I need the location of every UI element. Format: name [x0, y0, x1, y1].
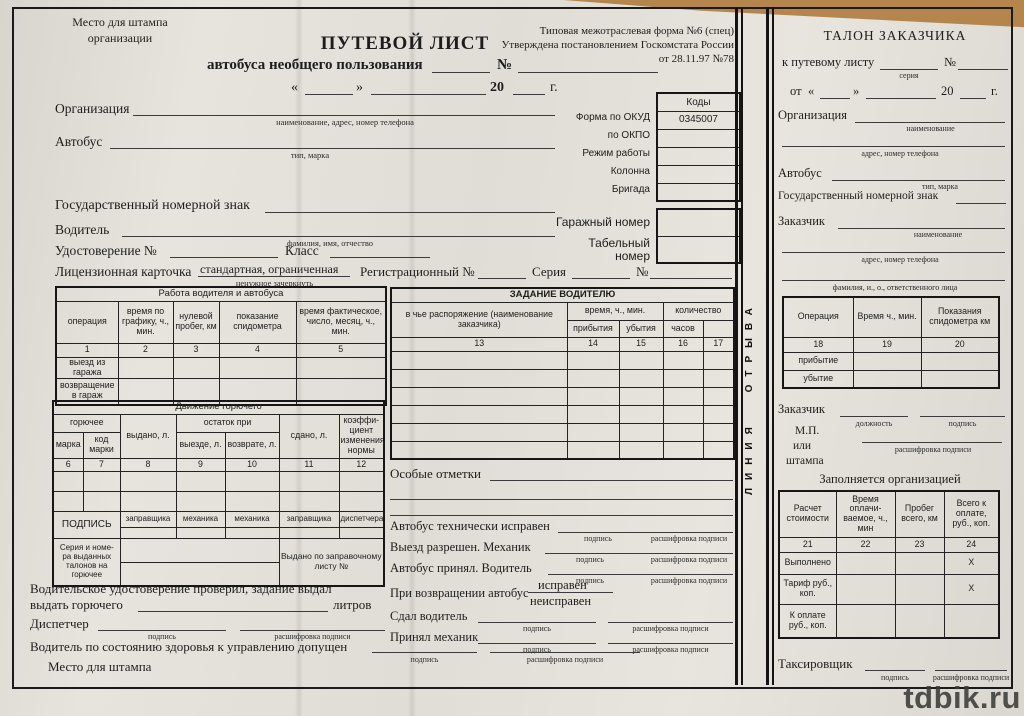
coupon-title: ТАЛОН ЗАКАЗЧИКА [790, 28, 1000, 44]
empty-cell [836, 574, 895, 604]
driver-health-label: Водитель по состоянию здоровья к управле… [30, 639, 347, 655]
task-col-number: 15 [619, 337, 663, 351]
signature-row-label: ПОДПИСЬ [53, 511, 120, 538]
blank-line [513, 94, 545, 95]
blank-line [956, 203, 1006, 204]
decode-caption: расшифровка подписи [645, 576, 733, 585]
coupon-calc-table: Расчет стоимости Время оплачи- ваемое, ч… [778, 490, 1000, 639]
empty-cell [619, 351, 663, 369]
blank-line [528, 592, 613, 593]
blank-line [865, 670, 925, 671]
column-value [657, 165, 740, 183]
fuel-col-header: возврате, л. [225, 432, 279, 458]
calc-col-number: 21 [779, 537, 836, 552]
empty-cell [703, 351, 734, 369]
position-caption: должность [840, 419, 908, 428]
date-year-prefix: 20 [941, 84, 954, 99]
empty-cell [895, 552, 944, 574]
ops-col-header: Время ч., мин. [853, 297, 921, 337]
empty-cell [567, 423, 619, 441]
brigade-value [657, 183, 740, 201]
work-mode-label: Режим работы [532, 148, 650, 159]
blank-line [782, 252, 1005, 253]
blank-line [133, 115, 555, 116]
empty-cell [83, 471, 120, 491]
codes-table: Коды 0345007 [656, 92, 741, 202]
blank-line [838, 228, 1005, 229]
empty-cell [53, 471, 83, 491]
empty-cell [619, 441, 663, 459]
empty-cell [853, 352, 921, 370]
calc-col-number: 24 [944, 537, 999, 552]
column-label: Колонна [532, 166, 650, 177]
date-year-prefix: 20 [490, 80, 504, 96]
empty-cell [853, 370, 921, 388]
empty-cell [279, 471, 339, 491]
empty-cell [219, 357, 296, 378]
date-quote-close: » [356, 80, 363, 96]
garage-number-label: Гаражный номер [500, 215, 650, 229]
blank-line [650, 278, 732, 279]
unserviceable-label: неисправен [530, 594, 591, 609]
decode-caption: расшифровка подписи [868, 445, 998, 454]
sign-caption: подпись [478, 624, 596, 633]
empty-cell [120, 491, 176, 511]
blank-line [608, 622, 733, 623]
blank-line [866, 98, 936, 99]
empty-cell [120, 527, 176, 538]
empty-cell [921, 352, 999, 370]
fuel-coupons-label: Серия и номе- ра выданных талонов на гор… [53, 538, 120, 586]
empty-cell [703, 369, 734, 387]
empty-cell [53, 491, 83, 511]
waybill-number-sign: № [497, 57, 512, 74]
empty-cell [663, 351, 703, 369]
fuel-group-header: горючее [53, 414, 120, 432]
tear-line [735, 7, 738, 685]
blank-line [330, 257, 430, 258]
empty-cell [339, 491, 384, 511]
blank-line [840, 416, 908, 417]
blank-line [920, 416, 1005, 417]
blank-line [98, 630, 226, 631]
task-col-header: убытия [619, 320, 663, 337]
empty-cell [703, 405, 734, 423]
task-group-header: количество [663, 302, 734, 320]
fuel-col-header: марка [53, 432, 83, 458]
calc-row-label: К оплате руб., коп. [779, 604, 836, 638]
empty-cell [391, 387, 567, 405]
coupon-to-waybill-label: к путевому листу [782, 55, 874, 70]
work-col-number: 2 [118, 343, 173, 357]
empty-cell [176, 527, 225, 538]
signature-col-label: механика [176, 511, 225, 527]
state-number-label: Государственный номерной знак [55, 198, 250, 214]
ops-col-number: 20 [921, 337, 999, 352]
sign-caption: подпись [550, 555, 630, 564]
coupon-ops-table: Операция Время ч., мин. Показания спидом… [782, 296, 1000, 389]
empty-cell [120, 538, 279, 562]
calc-col-header: Время оплачи- ваемое, ч., мин [836, 491, 895, 537]
fuel-col-number: 11 [279, 458, 339, 471]
coupon-bus-label: Автобус [778, 166, 822, 181]
empty-cell [663, 441, 703, 459]
blank-line [855, 122, 1005, 123]
bus-label: Автобус [55, 134, 102, 150]
empty-cell [921, 370, 999, 388]
number-sign-label: № [636, 264, 648, 280]
empty-cell [339, 471, 384, 491]
form-title: ПУТЕВОЙ ЛИСТ [250, 33, 560, 55]
empty-cell [567, 369, 619, 387]
signature-col-label: заправщика [120, 511, 176, 527]
task-table-title: ЗАДАНИЕ ВОДИТЕЛЮ [391, 288, 734, 302]
empty-cell [703, 387, 734, 405]
blank-line [265, 212, 555, 213]
filled-by-org-label: Заполняется организацией [790, 472, 990, 487]
blank-line [372, 652, 477, 653]
blank-line [490, 480, 733, 481]
empty-cell [339, 527, 384, 538]
blank-line [958, 69, 1008, 70]
blank-line [862, 442, 1002, 443]
responsible-caption: фамилия, и., о., ответственного лица [800, 283, 990, 292]
taxer-label: Таксировщик [778, 656, 853, 672]
liters-label: литров [333, 597, 371, 613]
fuel-col-header: коэффи- циент изменения нормы [339, 414, 384, 458]
exit-allowed-label: Выезд разрешен. Механик [390, 540, 531, 555]
empty-cell [279, 527, 339, 538]
work-table-title: Работа водителя и автобуса [56, 287, 386, 301]
date-quote-close: » [853, 84, 859, 99]
coupon-customer-label: Заказчик [778, 214, 825, 229]
empty-cell [225, 491, 279, 511]
work-row-label: выезд из гаража [56, 357, 118, 378]
empty-cell [567, 405, 619, 423]
blank-line [558, 532, 733, 533]
tear-line-label: ЛИНИЯ ОТРЫВА [744, 258, 764, 538]
empty-cell [619, 387, 663, 405]
blank-line [240, 630, 385, 631]
ops-col-number: 19 [853, 337, 921, 352]
calc-col-header: Пробег всего, км [895, 491, 944, 537]
ops-col-header: Операция [783, 297, 853, 337]
blank-line [935, 670, 1007, 671]
class-label: Класс [285, 243, 319, 259]
blank-line [432, 72, 490, 73]
personnel-number-value [657, 236, 740, 263]
empty-cell [225, 527, 279, 538]
blank-line [478, 622, 596, 623]
date-quote-open: « [808, 84, 814, 99]
garage-number-value [657, 209, 740, 236]
calc-col-number: 23 [895, 537, 944, 552]
empty-cell [279, 491, 339, 511]
empty-cell [663, 423, 703, 441]
task-col-header: прибытия [567, 320, 619, 337]
empty-cell [391, 405, 567, 423]
work-col-header: время фактическое, число, месяц, ч., мин… [296, 301, 386, 343]
ops-col-header: Показания спидометра км [921, 297, 999, 337]
fuel-issue-label: выдать горючего [30, 597, 123, 613]
codes-header: Коды [657, 93, 740, 111]
empty-cell [176, 491, 225, 511]
okud-value: 0345007 [657, 111, 740, 129]
fuel-table: Движение горючего горючее выдано, л. ост… [52, 400, 385, 587]
blank-line [820, 98, 850, 99]
empty-cell [118, 357, 173, 378]
work-col-number: 1 [56, 343, 118, 357]
driver-caption: фамилия, имя, отчество [255, 238, 405, 248]
work-mode-value [657, 147, 740, 165]
blank-line [880, 69, 938, 70]
empty-cell [619, 369, 663, 387]
task-group-header: время, ч., мин. [567, 302, 663, 320]
fuel-col-header: код марки [83, 432, 120, 458]
site-watermark: tdbik.ru [903, 680, 1021, 716]
certificate-label: Удостоверение № [55, 243, 157, 259]
empty-cell [895, 604, 944, 638]
personnel-number-label-1: Табельный [530, 236, 650, 250]
fuel-sheet-label: Выдано по заправочному листу № [279, 538, 384, 586]
empty-cell [703, 441, 734, 459]
fuel-col-number: 7 [83, 458, 120, 471]
license-card-options: стандартная, ограниченная [200, 262, 338, 277]
decode-caption: расшифровка подписи [645, 534, 733, 543]
signature-col-label: диспетчера [339, 511, 384, 527]
empty-cell [391, 369, 567, 387]
coupon-organization-label: Организация [778, 108, 847, 123]
organization-caption: наименование, адрес, номер телефона [250, 117, 440, 127]
fuel-col-number: 6 [53, 458, 83, 471]
fuel-col-number: 12 [339, 458, 384, 471]
task-col-header: часов [663, 320, 703, 337]
blank-line [782, 146, 1005, 147]
fuel-table-title: Движение горючего [53, 401, 384, 414]
task-col-number: 16 [663, 337, 703, 351]
signature-col-label: заправщика [279, 511, 339, 527]
blank-line [390, 499, 733, 500]
empty-cell [296, 357, 386, 378]
decode-caption: расшифровка подписи [490, 655, 640, 664]
coupon-state-number-label: Государственный номерной знак [778, 190, 938, 202]
okpo-value [657, 129, 740, 147]
series-label: Серия [532, 264, 566, 280]
empty-cell [567, 351, 619, 369]
blank-line [490, 652, 640, 653]
task-table: ЗАДАНИЕ ВОДИТЕЛЮ в чье распоряжение (наи… [390, 287, 735, 460]
bus-accepted-label: Автобус принял. Водитель [390, 561, 532, 576]
date-year-suffix: г. [550, 80, 558, 96]
handed-by-driver-label: Сдал водитель [390, 609, 467, 624]
blank-line [478, 643, 596, 644]
empty-cell [944, 604, 999, 638]
fuel-col-number: 9 [176, 458, 225, 471]
work-col-header: нулевой пробег, км [173, 301, 219, 343]
okud-label: Форма по ОКУД [532, 112, 650, 123]
empty-cell [663, 369, 703, 387]
stamp-mp-label: М.П. [795, 425, 819, 437]
accepted-by-mechanic-label: Принял механик [390, 630, 478, 645]
name-caption: наименование [868, 124, 993, 133]
ops-col-number: 18 [783, 337, 853, 352]
bus-caption: тип, марка [255, 150, 365, 160]
fuel-col-header: сдано, л. [279, 414, 339, 458]
empty-cell [663, 405, 703, 423]
license-checked-label: Водительское удостоверение проверил, зад… [30, 581, 332, 597]
calc-col-number: 22 [836, 537, 895, 552]
empty-cell [836, 552, 895, 574]
blank-line [960, 98, 986, 99]
blank-line [198, 276, 350, 277]
ops-row-label: прибытие [783, 352, 853, 370]
blank-line [572, 278, 630, 279]
fuel-group-header: остаток при [176, 414, 279, 432]
coupon-customer-sign-label: Заказчик [778, 402, 825, 417]
tear-line [772, 7, 774, 685]
calc-row-label: Тариф руб., коп. [779, 574, 836, 604]
blank-line [138, 611, 328, 612]
empty-cell [83, 491, 120, 511]
work-col-number: 5 [296, 343, 386, 357]
empty-cell [120, 471, 176, 491]
stamp-or-label: или [793, 440, 811, 452]
blank-line [122, 236, 555, 237]
tech-ok-label: Автобус технически исправен [390, 519, 550, 534]
empty-cell [391, 423, 567, 441]
blank-line [548, 574, 733, 575]
signature-col-label: механика [225, 511, 279, 527]
empty-cell [225, 471, 279, 491]
coupon-from-label: от [790, 84, 802, 99]
fuel-col-header: выдано, л. [120, 414, 176, 458]
stamp-place-note: Место для штампа организации [55, 15, 185, 46]
empty-cell [836, 604, 895, 638]
date-year-suffix: г. [991, 84, 998, 99]
name-caption: наименование [878, 230, 998, 239]
calc-row-label: Выполнено [779, 552, 836, 574]
blank-line [170, 257, 278, 258]
sign-caption: подпись [920, 419, 1005, 428]
fuel-col-number: 10 [225, 458, 279, 471]
blank-line [390, 515, 733, 516]
work-col-header: показание спидометра [219, 301, 296, 343]
work-col-header: операция [56, 301, 118, 343]
driver-label: Водитель [55, 222, 109, 238]
blank-line [478, 278, 526, 279]
blank-line [832, 180, 1005, 181]
empty-cell [619, 423, 663, 441]
serviceable-label: исправен [538, 578, 587, 593]
address-caption: адрес, номер телефона [830, 255, 970, 264]
task-col-number: 13 [391, 337, 567, 351]
fuel-col-header: выезде, л. [176, 432, 225, 458]
address-caption: адрес, номер телефона [830, 149, 970, 158]
special-notes-label: Особые отметки [390, 466, 481, 482]
ops-row-label: убытие [783, 370, 853, 388]
personnel-number-label-2: номер [530, 249, 650, 263]
blank-line [371, 94, 486, 95]
blank-line [782, 280, 1005, 281]
form-subtitle: автобуса необщего пользования [207, 57, 423, 74]
work-col-header: время по графику, ч., мин. [118, 301, 173, 343]
blank-line [545, 553, 733, 554]
fuel-col-number: 8 [120, 458, 176, 471]
empty-cell [176, 471, 225, 491]
empty-cell [567, 387, 619, 405]
empty-cell [391, 441, 567, 459]
calc-x-cell: X [944, 574, 999, 604]
blank-line [608, 643, 733, 644]
stamp-place-label: Место для штампа [48, 659, 151, 675]
decode-caption: расшифровка подписи [608, 624, 733, 633]
tear-line [766, 7, 769, 685]
tear-line [741, 7, 743, 685]
calc-col-header: Расчет стоимости [779, 491, 836, 537]
registration-number-label: Регистрационный № [360, 264, 475, 280]
brigade-label: Бригада [532, 184, 650, 195]
task-col-number: 17 [703, 337, 734, 351]
okpo-label: по ОКПО [532, 130, 650, 141]
dispatcher-label: Диспетчер [30, 616, 89, 632]
organization-label: Организация [55, 101, 129, 117]
work-table: Работа водителя и автобуса операция врем… [55, 286, 387, 406]
date-quote-open: « [291, 80, 298, 96]
task-col-number: 14 [567, 337, 619, 351]
empty-cell [391, 351, 567, 369]
on-return-label: При возвращении автобус [390, 586, 529, 601]
blank-line [305, 94, 353, 95]
calc-x-cell: X [944, 552, 999, 574]
empty-cell [663, 387, 703, 405]
series-caption: серия [880, 71, 938, 80]
empty-cell [619, 405, 663, 423]
stamp-stamp-label: штампа [786, 455, 824, 467]
sign-caption: подпись [558, 534, 638, 543]
garage-table [656, 208, 741, 264]
license-card-label: Лицензионная карточка [55, 264, 191, 280]
task-col-header: в чье распоряжение (наименование заказчи… [391, 302, 567, 337]
work-col-number: 3 [173, 343, 219, 357]
empty-cell [567, 441, 619, 459]
calc-col-header: Всего к оплате, руб., коп. [944, 491, 999, 537]
decode-caption: расшифровка подписи [645, 555, 733, 564]
blank-line [518, 72, 658, 73]
empty-cell [703, 423, 734, 441]
work-col-number: 4 [219, 343, 296, 357]
coupon-number-sign: № [944, 55, 956, 70]
empty-cell [895, 574, 944, 604]
task-col-header [703, 320, 734, 337]
sign-caption: подпись [372, 655, 477, 664]
scanned-waybill-form: Место для штампа организации Типовая меж… [0, 0, 1024, 716]
empty-cell [173, 357, 219, 378]
blank-line [110, 148, 555, 149]
